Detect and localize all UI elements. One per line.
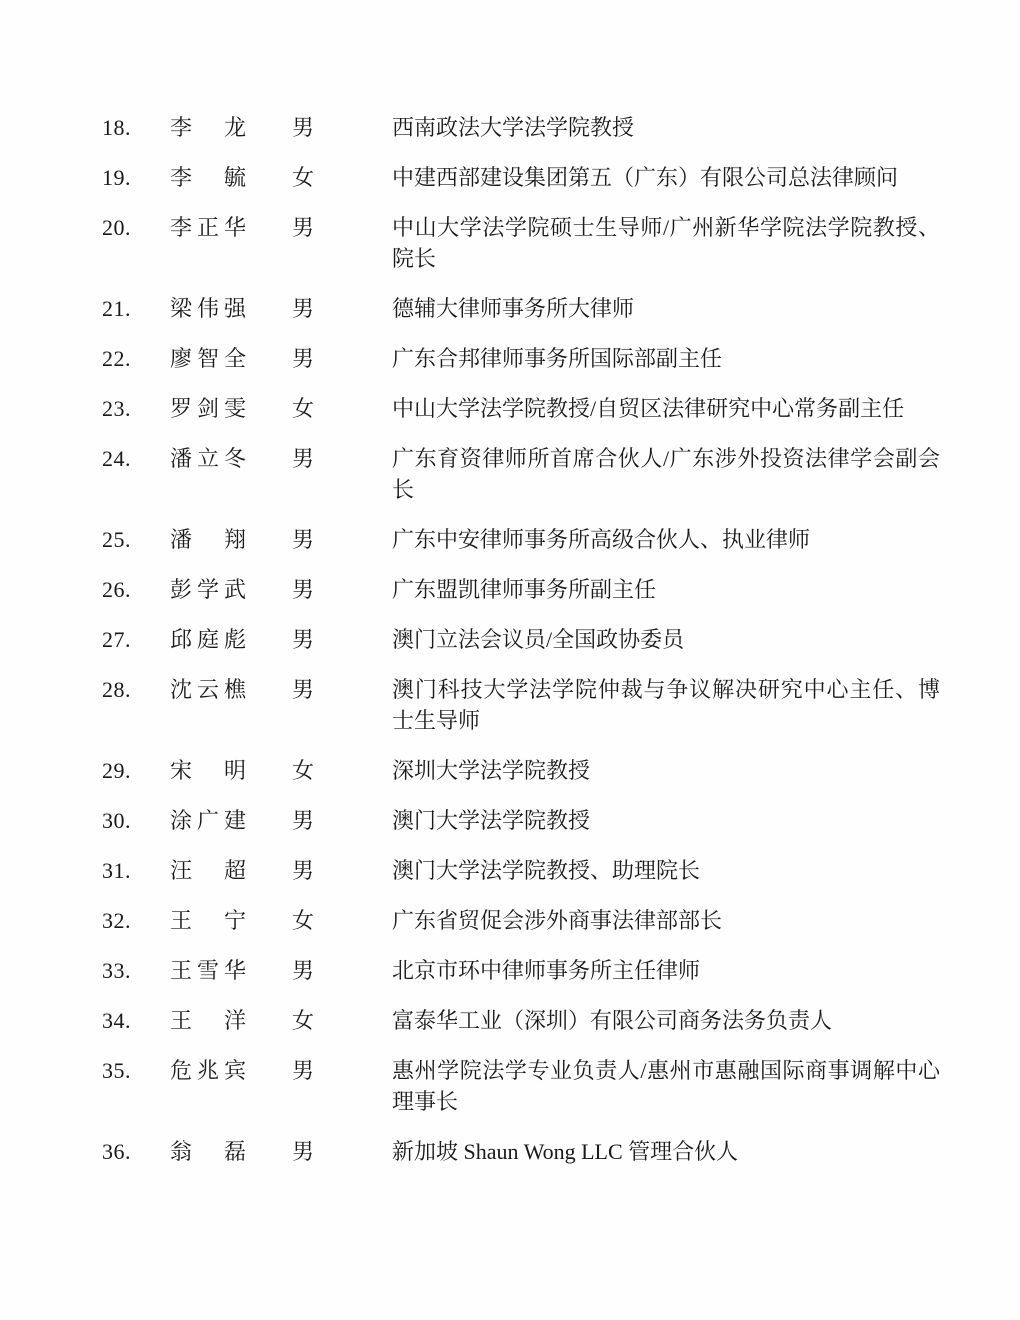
list-item: 18. 李龙 男 西南政法大学法学院教授 xyxy=(102,112,942,143)
entry-number: 30. xyxy=(102,805,170,836)
entry-number: 28. xyxy=(102,674,170,705)
entry-number: 19. xyxy=(102,162,170,193)
entry-description: 澳门立法会议员/全国政协委员 xyxy=(392,624,940,655)
entry-description: 中建西部建设集团第五（广东）有限公司总法律顾问 xyxy=(392,162,940,193)
entry-gender: 男 xyxy=(292,212,392,243)
entry-description: 新加坡 Shaun Wong LLC 管理合伙人 xyxy=(392,1136,940,1167)
list-item: 21. 梁伟强 男 德辅大律师事务所大律师 xyxy=(102,293,942,324)
entry-description: 澳门科技大学法学院仲裁与争议解决研究中心主任、博士生导师 xyxy=(392,674,940,736)
entry-name: 翁磊 xyxy=(170,1136,246,1167)
entry-gender: 男 xyxy=(292,293,392,324)
list-item: 31. 汪超 男 澳门大学法学院教授、助理院长 xyxy=(102,855,942,886)
entry-description: 澳门大学法学院教授 xyxy=(392,805,940,836)
entry-description: 广东合邦律师事务所国际部副主任 xyxy=(392,343,940,374)
entry-number: 33. xyxy=(102,955,170,986)
entry-description: 惠州学院法学专业负责人/惠州市惠融国际商事调解中心理事长 xyxy=(392,1055,940,1117)
list-item: 27. 邱庭彪 男 澳门立法会议员/全国政协委员 xyxy=(102,624,942,655)
entry-gender: 男 xyxy=(292,443,392,474)
entry-description: 广东盟凯律师事务所副主任 xyxy=(392,574,940,605)
list-item: 36. 翁磊 男 新加坡 Shaun Wong LLC 管理合伙人 xyxy=(102,1136,942,1167)
entry-description: 西南政法大学法学院教授 xyxy=(392,112,940,143)
entry-description: 中山大学法学院教授/自贸区法律研究中心常务副主任 xyxy=(392,393,940,424)
entry-name: 王洋 xyxy=(170,1005,246,1036)
entry-number: 20. xyxy=(102,212,170,243)
list-item: 32. 王宁 女 广东省贸促会涉外商事法律部部长 xyxy=(102,905,942,936)
entry-description: 深圳大学法学院教授 xyxy=(392,755,940,786)
entry-number: 24. xyxy=(102,443,170,474)
entry-description: 广东中安律师事务所高级合伙人、执业律师 xyxy=(392,524,940,555)
list-item: 29. 宋明 女 深圳大学法学院教授 xyxy=(102,755,942,786)
entry-name: 梁伟强 xyxy=(170,293,246,324)
entry-number: 23. xyxy=(102,393,170,424)
entry-description: 德辅大律师事务所大律师 xyxy=(392,293,940,324)
entry-name: 危兆宾 xyxy=(170,1055,246,1086)
entry-gender: 男 xyxy=(292,112,392,143)
entry-gender: 女 xyxy=(292,1005,392,1036)
entry-name: 潘立冬 xyxy=(170,443,246,474)
entry-name: 罗剑雯 xyxy=(170,393,246,424)
entry-gender: 男 xyxy=(292,855,392,886)
entry-description: 澳门大学法学院教授、助理院长 xyxy=(392,855,940,886)
entry-gender: 男 xyxy=(292,674,392,705)
entry-name: 廖智全 xyxy=(170,343,246,374)
entry-number: 36. xyxy=(102,1136,170,1167)
entry-name: 王宁 xyxy=(170,905,246,936)
list-item: 23. 罗剑雯 女 中山大学法学院教授/自贸区法律研究中心常务副主任 xyxy=(102,393,942,424)
entry-gender: 男 xyxy=(292,574,392,605)
name-list: 18. 李龙 男 西南政法大学法学院教授 19. 李毓 女 中建西部建设集团第五… xyxy=(102,112,942,1186)
list-item: 33. 王雪华 男 北京市环中律师事务所主任律师 xyxy=(102,955,942,986)
entry-name: 沈云樵 xyxy=(170,674,246,705)
entry-number: 27. xyxy=(102,624,170,655)
entry-gender: 男 xyxy=(292,624,392,655)
entry-description: 广东省贸促会涉外商事法律部部长 xyxy=(392,905,940,936)
list-item: 25. 潘翔 男 广东中安律师事务所高级合伙人、执业律师 xyxy=(102,524,942,555)
list-item: 22. 廖智全 男 广东合邦律师事务所国际部副主任 xyxy=(102,343,942,374)
entry-description: 北京市环中律师事务所主任律师 xyxy=(392,955,940,986)
entry-number: 18. xyxy=(102,112,170,143)
entry-name: 李正华 xyxy=(170,212,246,243)
entry-gender: 男 xyxy=(292,343,392,374)
entry-name: 汪超 xyxy=(170,855,246,886)
entry-gender: 女 xyxy=(292,755,392,786)
entry-description: 广东育资律师所首席合伙人/广东涉外投资法律学会副会长 xyxy=(392,443,940,505)
entry-number: 32. xyxy=(102,905,170,936)
entry-name: 涂广建 xyxy=(170,805,246,836)
entry-gender: 女 xyxy=(292,162,392,193)
list-item: 24. 潘立冬 男 广东育资律师所首席合伙人/广东涉外投资法律学会副会长 xyxy=(102,443,942,505)
list-item: 35. 危兆宾 男 惠州学院法学专业负责人/惠州市惠融国际商事调解中心理事长 xyxy=(102,1055,942,1117)
entry-description: 富泰华工业（深圳）有限公司商务法务负责人 xyxy=(392,1005,940,1036)
list-item: 34. 王洋 女 富泰华工业（深圳）有限公司商务法务负责人 xyxy=(102,1005,942,1036)
entry-number: 26. xyxy=(102,574,170,605)
entry-number: 31. xyxy=(102,855,170,886)
entry-number: 34. xyxy=(102,1005,170,1036)
entry-gender: 女 xyxy=(292,905,392,936)
entry-gender: 男 xyxy=(292,1055,392,1086)
entry-name: 李毓 xyxy=(170,162,246,193)
entry-description: 中山大学法学院硕士生导师/广州新华学院法学院教授、院长 xyxy=(392,212,940,274)
list-item: 19. 李毓 女 中建西部建设集团第五（广东）有限公司总法律顾问 xyxy=(102,162,942,193)
entry-gender: 男 xyxy=(292,1136,392,1167)
entry-number: 21. xyxy=(102,293,170,324)
entry-number: 35. xyxy=(102,1055,170,1086)
list-item: 28. 沈云樵 男 澳门科技大学法学院仲裁与争议解决研究中心主任、博士生导师 xyxy=(102,674,942,736)
entry-number: 29. xyxy=(102,755,170,786)
entry-name: 邱庭彪 xyxy=(170,624,246,655)
entry-name: 李龙 xyxy=(170,112,246,143)
list-item: 26. 彭学武 男 广东盟凯律师事务所副主任 xyxy=(102,574,942,605)
entry-name: 宋明 xyxy=(170,755,246,786)
list-item: 30. 涂广建 男 澳门大学法学院教授 xyxy=(102,805,942,836)
document-page: 18. 李龙 男 西南政法大学法学院教授 19. 李毓 女 中建西部建设集团第五… xyxy=(0,0,1020,1320)
entry-name: 潘翔 xyxy=(170,524,246,555)
entry-gender: 男 xyxy=(292,955,392,986)
entry-name: 王雪华 xyxy=(170,955,246,986)
entry-gender: 男 xyxy=(292,524,392,555)
list-item: 20. 李正华 男 中山大学法学院硕士生导师/广州新华学院法学院教授、院长 xyxy=(102,212,942,274)
entry-number: 22. xyxy=(102,343,170,374)
entry-name: 彭学武 xyxy=(170,574,246,605)
entry-gender: 男 xyxy=(292,805,392,836)
entry-gender: 女 xyxy=(292,393,392,424)
entry-number: 25. xyxy=(102,524,170,555)
